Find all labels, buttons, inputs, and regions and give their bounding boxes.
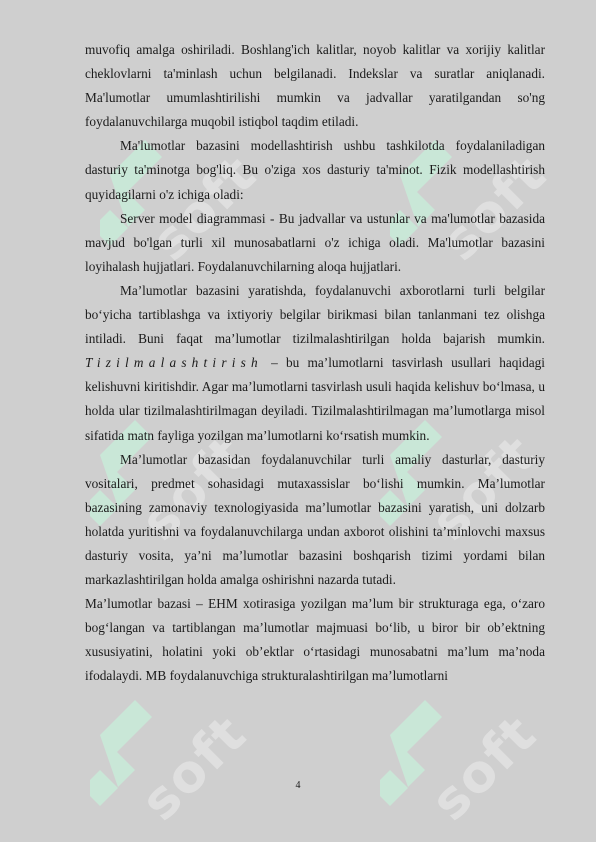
watermark-text: soft <box>130 704 259 833</box>
document-page: soft soft soft soft soft soft muvofiq am… <box>0 0 596 842</box>
paragraph-database-definition: Ma’lumotlar bazasi – EHM xotirasiga yozi… <box>85 592 545 688</box>
paragraph-modeling: Ma'lumotlar bazasini modellashtirish ush… <box>85 134 545 206</box>
paragraph-users: Ma’lumotlar bazasidan foydalanuvchilar t… <box>85 448 545 593</box>
page-number: 4 <box>0 780 596 791</box>
document-body: muvofiq amalga oshiriladi. Boshlang'ich … <box>85 38 545 689</box>
watermark-logo-icon <box>90 700 160 810</box>
term-definition: – bu ma’lumotlarni tasvirlash usullari h… <box>263 355 545 370</box>
paragraph-keys-indexes: muvofiq amalga oshiriladi. Boshlang'ich … <box>85 38 545 134</box>
paragraph-structuring-rest: kelishuvni kiritishdir. Agar ma’lumotlar… <box>85 379 545 442</box>
emphasis-term: Tizilmalashtirish <box>85 355 263 370</box>
paragraph-server-model: Server model diagrammasi - Bu jadvallar … <box>85 207 545 279</box>
paragraph-structuring-intro: Ma’lumotlar bazasini yaratishda, foydala… <box>85 283 545 346</box>
paragraph-structuring: Ma’lumotlar bazasini yaratishda, foydala… <box>85 279 545 448</box>
watermark-text: soft <box>420 704 549 833</box>
watermark-logo-icon <box>380 700 450 810</box>
